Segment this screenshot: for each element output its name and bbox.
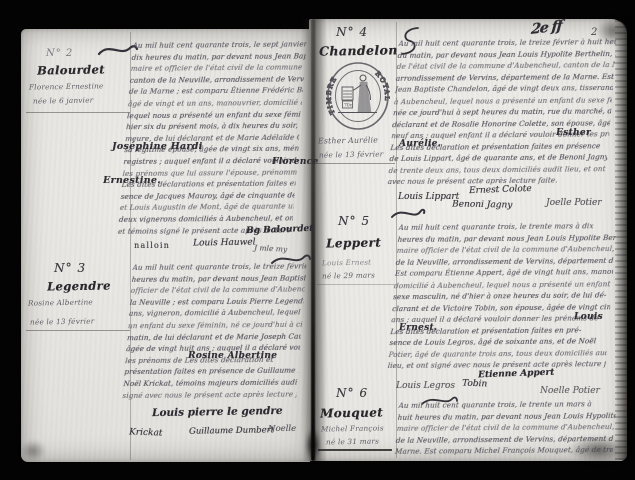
- manuscript-line: à Aubencheul, lequel nous a présenté un …: [394, 94, 613, 107]
- entry-body-text: Au mil huit cent quarante trois, le sept…: [117, 38, 307, 238]
- inline-name: Rosine Albertine: [188, 351, 277, 361]
- manuscript-line: maire officier de l'état civil de la com…: [396, 421, 615, 434]
- inline-name: Joséphine Hardi: [112, 141, 203, 152]
- entry-body-text: Au mil huit cent quarante trois, le tren…: [394, 398, 617, 458]
- entry-number: N° 5: [338, 214, 370, 228]
- entry-body-text: Au mil huit cent quarante trois, le trei…: [122, 260, 307, 404]
- register-scan: 2e ff 2 N° 2 Balourdet Florence Ernestin…: [0, 0, 635, 480]
- manuscript-line: Au mil huit cent quarante trois, le tren…: [398, 398, 617, 411]
- entry-surname: Balourdet: [37, 62, 105, 77]
- inline-name: Ernestine.: [103, 175, 161, 186]
- manuscript-line: domicilié à Aubencheul, lequel nous a pr…: [394, 278, 613, 291]
- manuscript-line: et Louis Augustin de Mont, âgé de quaran…: [119, 201, 294, 214]
- signature: Krickat: [129, 427, 163, 438]
- signature: nalloin: [134, 241, 170, 250]
- binding-ink-blob: [305, 428, 321, 462]
- inline-name: Louis: [574, 312, 603, 322]
- inline-name: Esther: [556, 128, 591, 138]
- signature: Guillaume Dumbert: [189, 425, 274, 436]
- entry-birthdate: née le 6 janvier: [33, 95, 94, 105]
- entry-surname: Legendre: [47, 278, 111, 293]
- signature: Louis Legros: [396, 381, 455, 391]
- entry-body-text: Au mil huit cent quarante trois, le tren…: [387, 220, 617, 372]
- stamp-arc-right-label: ROYAL: [374, 70, 390, 102]
- entry-birthdate: né le 31 mars: [326, 437, 379, 447]
- entry-body-text: Au mil huit cent quarante trois, le trei…: [387, 36, 617, 188]
- margin-underline: [317, 163, 395, 164]
- signature: Benoni Jagny: [452, 199, 512, 210]
- entry-surname: Chandelon: [319, 42, 398, 58]
- opening-flourish: [390, 204, 426, 222]
- entry-child-name: Rosine Albertine: [28, 297, 93, 307]
- manuscript-line: de l'état civil de la commune d'Aubenche…: [396, 59, 615, 72]
- manuscript-line: signé avec nous le présent acte après le…: [122, 388, 297, 401]
- manuscript-line: âgé de vingt et un ans, manouvrier, domi…: [128, 96, 303, 109]
- entry-birthdate: née le 13 février: [319, 149, 384, 159]
- manuscript-line: Marne. Est comparu Michel François Mouqu…: [394, 444, 613, 457]
- inline-name: Ernest.: [399, 323, 437, 333]
- entry-number: N° 4: [336, 25, 368, 39]
- margin-underline: [26, 112, 130, 113]
- page-stack-edge: [615, 20, 627, 460]
- entry-birthdate: né le 29 mars: [322, 271, 375, 281]
- margin-underline: [317, 284, 395, 285]
- binding-fold-line: [311, 19, 315, 461]
- inline-name: Aurélie.: [399, 139, 441, 149]
- signature: Louis Lippart: [398, 192, 459, 202]
- signature: Joelle Potier: [546, 198, 602, 208]
- entry-child-name: Esther Aurélie: [318, 135, 378, 145]
- signature: Noelle Potier: [540, 386, 600, 396]
- manuscript-line: Au mil huit cent quarante trois, le trei…: [398, 36, 617, 49]
- manuscript-line: Au mil huit cent quarante trois, le sept…: [132, 38, 307, 51]
- entry-surname: Mouquet: [320, 405, 383, 420]
- manuscript-line: officier de l'état civil de la commune d…: [130, 284, 305, 297]
- entry-child-name: Louis Ernest: [322, 258, 371, 268]
- entry-surname: Leppert: [326, 236, 381, 251]
- signature: Louis pierre le gendre: [152, 405, 283, 419]
- signature: Tobin: [462, 379, 488, 390]
- entry-number: N° 3: [54, 261, 86, 275]
- entry-number: N° 6: [336, 386, 368, 400]
- entry-child-name: Florence Ernestine: [29, 81, 104, 91]
- margin-underline: [318, 449, 392, 451]
- manuscript-line: maire officier de l'état civil de la com…: [396, 243, 615, 256]
- entry-child-name: Michel François: [321, 423, 384, 433]
- manuscript-line: Au mil huit cent quarante trois, le trei…: [132, 260, 307, 273]
- manuscript-line: Au mil huit cent quarante trois, le tren…: [398, 220, 617, 233]
- svg-text:ROYAL: ROYAL: [374, 70, 390, 102]
- margin-underline: [26, 330, 130, 331]
- entry-birthdate: née le 13 février: [30, 316, 95, 326]
- signature: Louis Hauwel: [193, 237, 256, 248]
- manuscript-line: un enfant du sexe féminin, né ce jourd'h…: [128, 318, 303, 331]
- entry-number: N° 2: [46, 48, 73, 59]
- manuscript-line: maire et officier de l'état civil de la …: [130, 62, 305, 75]
- stamp-value: 70c: [344, 103, 353, 109]
- decorative-blotch: [20, 440, 46, 462]
- inline-name: Florence: [272, 157, 318, 167]
- timbre-royal-stamp: TIMBRE ROYAL 70c: [326, 58, 390, 132]
- signature: Noelle: [268, 424, 296, 434]
